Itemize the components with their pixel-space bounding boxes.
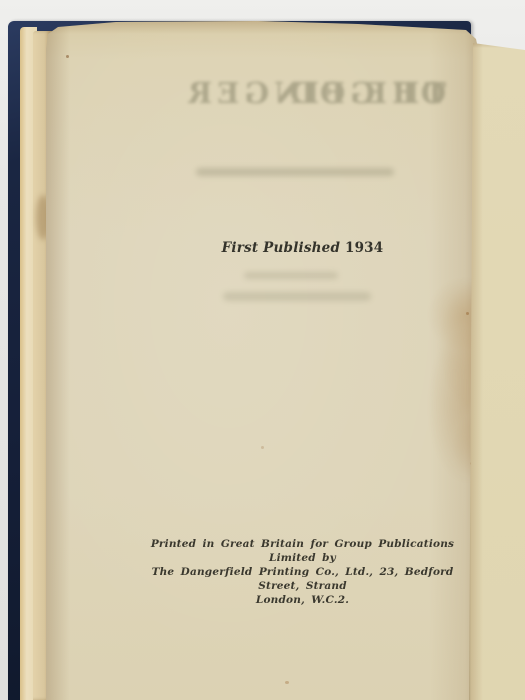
paper-speck <box>66 55 69 58</box>
paper-speck <box>285 681 289 684</box>
show-through-subtitle-smudge <box>196 168 394 176</box>
imprint-line-2: The Dangerfield Printing Co., Ltd., 23, … <box>130 565 475 593</box>
facing-page-edge <box>465 38 525 700</box>
show-through-text-smudge <box>244 272 338 279</box>
first-published-line: First Published 1934 <box>130 240 475 256</box>
imprint-line-1: Printed in Great Britain for Group Publi… <box>130 537 475 565</box>
first-published-label: First Published <box>222 240 340 256</box>
first-published-year: 1934 <box>345 240 383 256</box>
imprint-line-3: London, W.C.2. <box>130 593 475 607</box>
show-through-title-line2: OF GOD <box>285 77 446 110</box>
printer-imprint-block: Printed in Great Britain for Group Publi… <box>130 537 475 607</box>
book-photo: THE FINGER OF GOD First Published 1934 P… <box>0 0 525 700</box>
paper-speck <box>261 446 264 449</box>
foxing-specks <box>466 312 469 315</box>
show-through-text-smudge <box>223 292 371 301</box>
